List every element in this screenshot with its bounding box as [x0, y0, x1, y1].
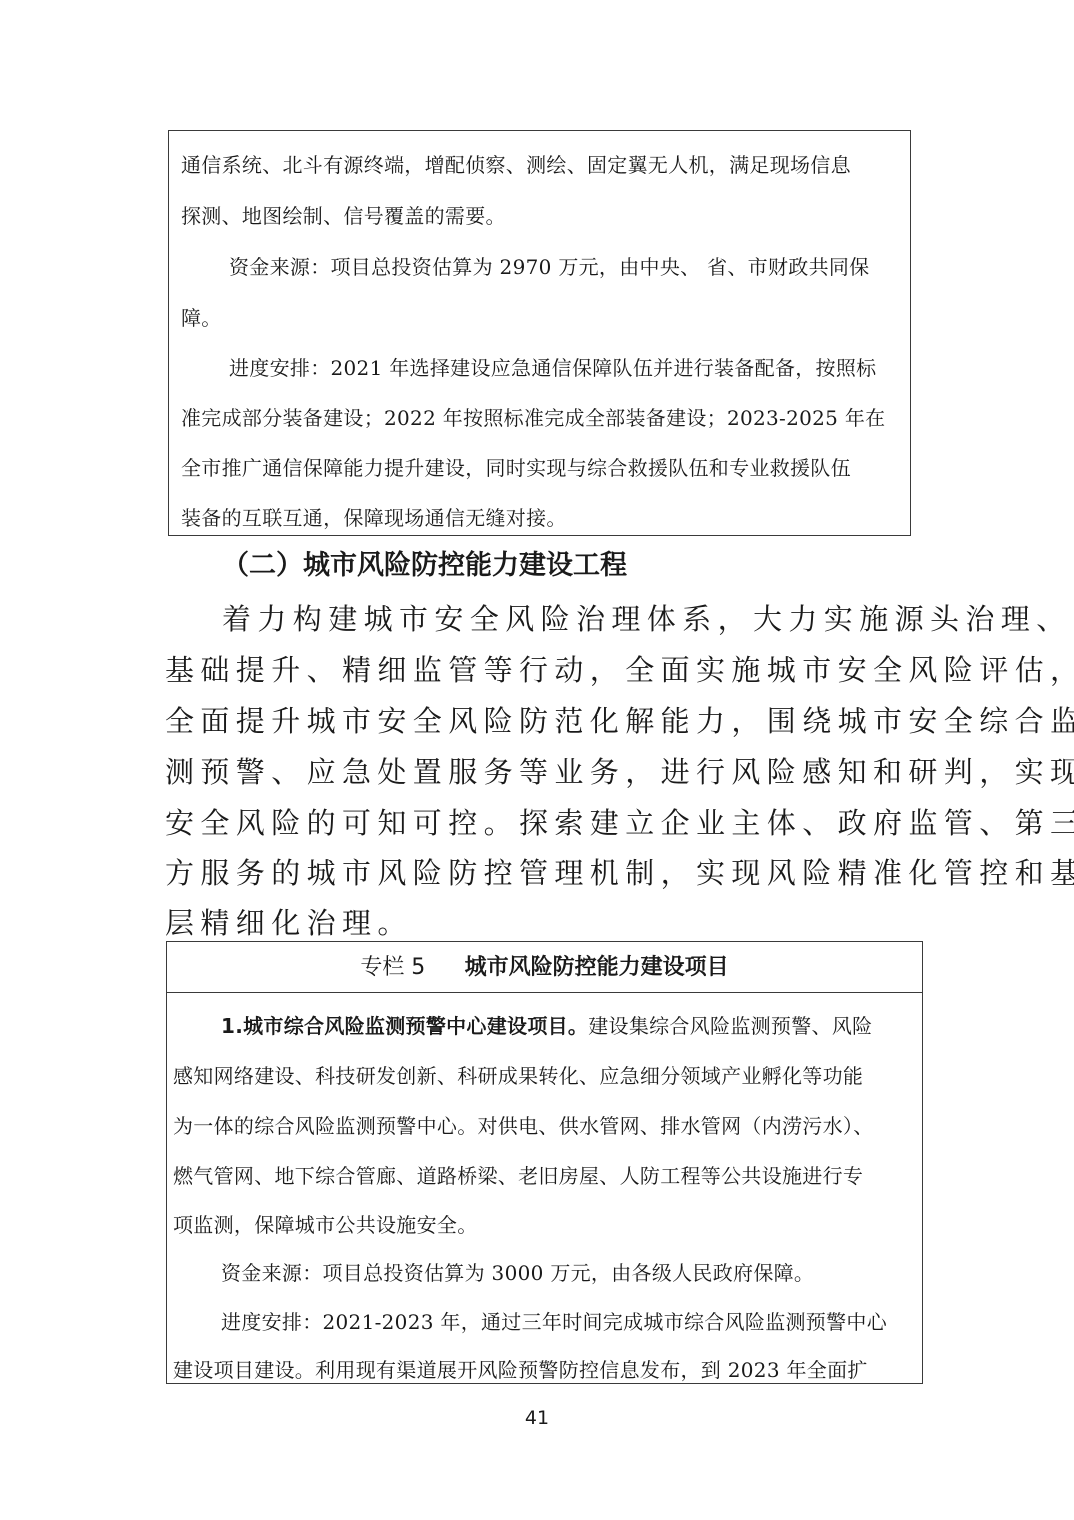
project-item-text: 建设集综合风险监测预警、风险	[588, 1014, 872, 1038]
box-text-line: 装备的互联互通，保障现场通信无缝对接。	[181, 508, 567, 528]
box-text-line: 为一体的综合风险监测预警中心。对供电、供水管网、排水管网（内涝污水）、	[173, 1116, 874, 1136]
box-text-line: 建设项目建设。利用现有渠道展开风险预警防控信息发布，到 2023 年全面扩	[173, 1360, 868, 1380]
schedule-text: 进度安排：2021-2023 年，通过三年时间完成城市综合风险监测预警中心	[173, 1312, 887, 1332]
project-item-title: 1.城市综合风险监测预警中心建设项目。	[221, 1014, 588, 1038]
box-text-line: 通信系统、北斗有源终端，增配侦察、测绘、固定翼无人机，满足现场信息	[181, 155, 851, 175]
column-box-header: 专栏 5 城市风险防控能力建设项目	[167, 942, 922, 993]
column-box-5: 专栏 5 城市风险防控能力建设项目 1.城市综合风险监测预警中心建设项目。建设集…	[166, 941, 923, 1384]
box-text-line: 感知网络建设、科技研发创新、科研成果转化、应急细分领域产业孵化等功能	[173, 1066, 863, 1086]
column-number: 专栏 5	[360, 955, 425, 980]
project-box-continued: 通信系统、北斗有源终端，增配侦察、测绘、固定翼无人机，满足现场信息 探测、地图绘…	[168, 130, 911, 536]
project-item-line: 1.城市综合风险监测预警中心建设项目。建设集综合风险监测预警、风险	[173, 1016, 872, 1036]
paragraph-line: 全面提升城市安全风险防范化解能力，围绕城市安全综合监	[165, 704, 1074, 738]
funding-source-text: 资金来源：项目总投资估算为 2970 万元，由中央、 省、市财政共同保	[181, 257, 869, 277]
box-text-line: 准完成部分装备建设；2022 年按照标准完成全部装备建设；2023-2025 年…	[181, 408, 885, 428]
box-text-line: 燃气管网、地下综合管廊、道路桥梁、老旧房屋、人防工程等公共设施进行专	[173, 1166, 863, 1186]
box-text-line: 项监测，保障城市公共设施安全。	[173, 1215, 478, 1235]
paragraph-line: 层精细化治理。	[165, 906, 413, 940]
box-text-line: 障。	[181, 308, 222, 328]
funding-source-text: 资金来源：项目总投资估算为 3000 万元，由各级人民政府保障。	[173, 1263, 814, 1283]
box-text-line: 全市推广通信保障能力提升建设，同时实现与综合救援队伍和专业救援队伍	[181, 458, 851, 478]
paragraph-line: 着力构建城市安全风险治理体系，大力实施源头治理、	[222, 602, 1072, 636]
section-heading: （二）城市风险防控能力建设工程	[222, 548, 627, 584]
box-text-line: 探测、地图绘制、信号覆盖的需要。	[181, 206, 506, 226]
paragraph-line: 安全风险的可知可控。探索建立企业主体、政府监管、第三	[165, 806, 1074, 840]
paragraph-line: 测预警、应急处置服务等业务，进行风险感知和研判，实现	[165, 755, 1074, 789]
page-number: 41	[0, 1407, 1074, 1429]
paragraph-line: 方服务的城市风险防控管理机制，实现风险精准化管控和基	[165, 856, 1074, 890]
paragraph-line: 基础提升、精细监管等行动，全面实施城市安全风险评估，	[165, 653, 1074, 687]
schedule-text: 进度安排：2021 年选择建设应急通信保障队伍并进行装备配备，按照标	[181, 358, 876, 378]
column-title: 城市风险防控能力建设项目	[465, 955, 729, 980]
